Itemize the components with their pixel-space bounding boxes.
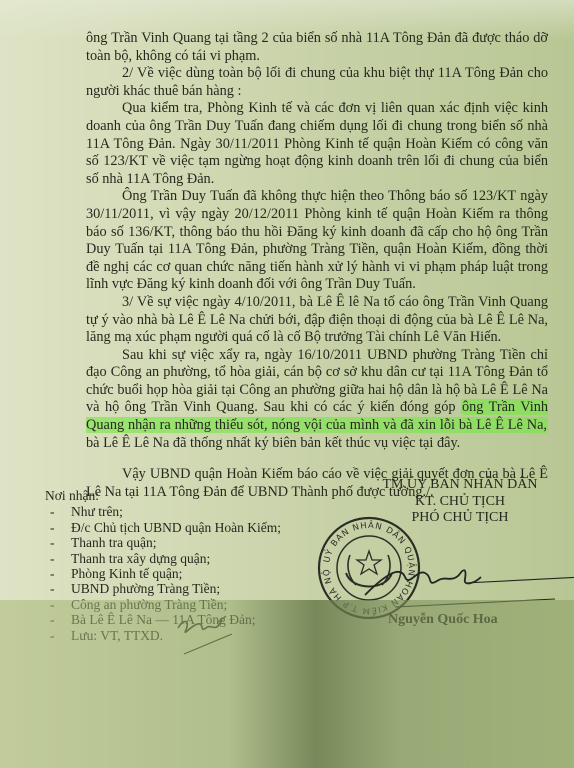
paragraph-2: 2/ Về việc dùng toàn bộ lối đi chung của…	[86, 65, 548, 100]
document-body: ông Trần Vinh Quang tại tầng 2 của biển …	[86, 30, 548, 501]
initial-signature-icon	[170, 612, 250, 657]
signer-name: Nguyễn Quốc Hoa	[388, 612, 498, 628]
signature-role: KT. CHỦ TỊCH	[340, 494, 574, 511]
paragraph-6-highlighted: Sau khi sự việc xẩy ra, ngày 16/10/2011 …	[86, 347, 548, 453]
recipient-item: Thanh tra quận;	[45, 535, 305, 550]
paragraph-4: Ông Trần Duy Tuấn đã không thực hiện the…	[86, 188, 548, 294]
recipient-item: Đ/c Chủ tịch UBND quận Hoàn Kiếm;	[45, 520, 305, 535]
recipient-item: UBND phường Tràng Tiền;	[45, 581, 305, 596]
recipients-label: Nơi nhận:	[45, 488, 305, 503]
signature-org: TM.ỦY BAN NHÂN DÂN	[340, 477, 574, 494]
recipient-item: Phòng Kinh tế quận;	[45, 566, 305, 581]
recipient-item: Thanh tra xây dựng quận;	[45, 551, 305, 566]
handwritten-signature-icon	[355, 555, 574, 615]
paragraph-1: ông Trần Vinh Quang tại tầng 2 của biển …	[86, 30, 548, 65]
recipient-item: Công an phường Tràng Tiền;	[45, 597, 305, 612]
paragraph-6-after: bà Lê Ê Lê Na đã thống nhất ký biên bản …	[86, 435, 460, 451]
paragraph-5: 3/ Về sự việc ngày 4/10/2011, bà Lê Ê lê…	[86, 294, 548, 347]
paragraph-3: Qua kiểm tra, Phòng Kinh tế và các đơn v…	[86, 100, 548, 188]
recipient-item: Như trên;	[45, 504, 305, 519]
spacer	[86, 452, 548, 466]
